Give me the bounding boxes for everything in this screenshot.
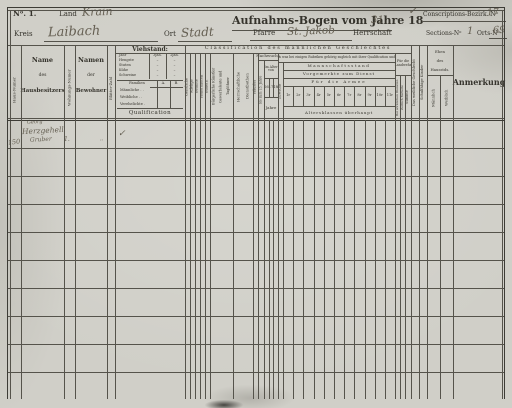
grid-line xyxy=(200,53,201,120)
grid-line xyxy=(7,7,505,8)
familien-row-verehelichte: Verehelichte . xyxy=(117,102,160,108)
age-class-10: 10r xyxy=(375,86,385,106)
grid-line xyxy=(411,45,412,120)
grid-line xyxy=(7,7,8,399)
ehen-box-line2: des xyxy=(427,57,453,65)
grid-line xyxy=(344,86,345,106)
pfarre-label: Pfarre xyxy=(253,29,279,39)
group-header-smalltext: In was bei einigen Rubriken gehörig zugl… xyxy=(278,53,395,62)
grid-line xyxy=(293,86,294,106)
group-mannschaftsstand: Mannschaftsstand xyxy=(283,62,395,70)
grid-line xyxy=(273,78,274,97)
grid-line xyxy=(395,53,396,120)
grid-line xyxy=(283,62,284,120)
col-header-blaetter-zahl: Blätter-Zahl xyxy=(107,58,115,118)
herrschaft-label: Herrschaft xyxy=(353,29,391,39)
ort-underline xyxy=(178,41,232,42)
group-vorgemerkte: Vorgemerkte zum Dienst xyxy=(283,70,395,78)
familien-corner: Familien xyxy=(117,81,157,87)
grid-line xyxy=(405,75,406,120)
ort-label: Ort xyxy=(164,30,180,40)
grid-line xyxy=(395,75,411,76)
grid-line xyxy=(205,53,206,120)
entry-checkmark: ✓ xyxy=(118,129,130,140)
entry-tick-marks: ,, xyxy=(100,136,110,144)
age-class-2: 2r xyxy=(293,86,303,106)
grid-line xyxy=(195,53,196,120)
col-header-hausbesitzer-3: Hausbesitzers xyxy=(21,87,64,96)
grid-line xyxy=(8,148,504,149)
grid-line xyxy=(233,53,234,120)
grid-line xyxy=(170,80,171,108)
kreis-value-handwritten: Laibach xyxy=(48,23,129,42)
grid-line xyxy=(278,62,395,63)
grid-line xyxy=(440,75,441,120)
ehen-col-maennlich: Männlich xyxy=(427,75,440,120)
col-dienstbothen-line1: Herrschaftliche xyxy=(234,53,243,120)
grid-line xyxy=(324,86,325,106)
grid-line xyxy=(115,45,116,120)
age-class-5: 5r xyxy=(324,86,334,106)
grid-line xyxy=(64,45,65,120)
grid-line xyxy=(150,87,183,88)
entry-dwelling-number: 1. xyxy=(64,136,74,145)
form-number: Nᵒ. 1. xyxy=(13,9,41,19)
age-class-3: 3r xyxy=(303,86,313,106)
grid-line xyxy=(278,53,279,120)
age-class-1: 1r xyxy=(283,86,293,106)
grid-line xyxy=(117,108,183,109)
col-weibliches-geschlecht: Das weibliche Geschlecht xyxy=(411,45,419,120)
col-anmerkung: Anmerkung xyxy=(453,45,505,120)
pfarre-underline xyxy=(250,40,352,41)
scanned-census-form-page: Nᵒ. 1. Land Krain Aufnahms-Bogen vom Jah… xyxy=(0,0,512,408)
grid-line xyxy=(185,45,186,120)
col-header-wohnungs-nummer: Wohnungs-Numer xyxy=(64,58,75,118)
grid-line xyxy=(264,78,278,79)
grid-line xyxy=(354,86,355,106)
grid-line xyxy=(8,176,504,177)
grid-line xyxy=(314,86,315,106)
group-fuer-die-armee: Für die Armee xyxy=(283,78,395,86)
grid-line xyxy=(264,97,278,98)
grid-line xyxy=(8,204,504,205)
grid-line xyxy=(303,86,304,106)
ehen-box-line1: Ehen xyxy=(427,48,453,56)
nachwuchs-alter-label: Im Alter von xyxy=(264,60,278,78)
age-class-8: 8r xyxy=(354,86,364,106)
grid-line xyxy=(258,53,259,120)
grid-line xyxy=(269,78,270,97)
entry-owner-line3: Gruber xyxy=(30,135,60,146)
col-schulfaehige-kinder: Schulfähige Kinder xyxy=(419,45,427,120)
grid-line xyxy=(334,86,335,106)
grid-line xyxy=(75,45,76,120)
section-value-handwritten: 1 xyxy=(467,26,477,39)
grid-line xyxy=(8,316,504,317)
grid-line xyxy=(190,53,191,120)
grid-line xyxy=(427,45,428,120)
col-header-hausbesitzer-1: Name xyxy=(21,56,64,66)
familien-col-b: B. xyxy=(170,81,183,87)
col-header-hausbesitzer-2: des xyxy=(21,72,64,80)
nachwuchs-title: Nachwuchs xyxy=(258,53,278,60)
grid-line xyxy=(283,78,395,79)
pfarre-value-handwritten: St. Jakob xyxy=(287,24,345,40)
landwehr-title: Für die Landwehr xyxy=(395,53,411,75)
viehstand-row-label: Schweine xyxy=(117,74,151,79)
age-class-6: 6r xyxy=(334,86,344,106)
grid-line xyxy=(21,45,22,120)
grid-line xyxy=(8,344,504,345)
land-label: Land xyxy=(57,10,79,20)
col-header-bewohner-1: Namen xyxy=(75,56,107,66)
district-underline xyxy=(423,21,506,22)
ehen-col-weiblich: Weiblich xyxy=(440,75,453,120)
grid-line xyxy=(283,86,395,87)
ehen-box-line3: Hausstds. xyxy=(427,66,453,74)
grid-line xyxy=(7,10,505,11)
section-label: Sections-Nᵒ xyxy=(426,30,466,39)
col-header-bewohner-3: Bewohner xyxy=(75,87,107,96)
familien-row-weibliche: Weibliche . . xyxy=(117,95,160,101)
grid-line xyxy=(427,75,453,76)
grid-line xyxy=(8,45,504,46)
familien-col-a: A. xyxy=(157,81,170,87)
grid-line xyxy=(8,372,504,373)
grid-line xyxy=(210,53,211,120)
grid-line xyxy=(8,232,504,233)
grid-line xyxy=(283,106,395,107)
grid-line xyxy=(107,45,108,120)
grid-line xyxy=(8,260,504,261)
viehstand-row-val: – xyxy=(166,74,183,79)
ort-value-handwritten: Stadt xyxy=(181,24,231,41)
grid-line xyxy=(400,75,401,120)
classification-band-title: Classification des männlichen Geschlecht… xyxy=(185,45,411,53)
grid-line xyxy=(258,60,278,61)
col-buerger-line3: Taglöhner xyxy=(225,53,233,120)
viehstand-row-val: – xyxy=(149,74,166,79)
age-class-9: 9r xyxy=(365,86,375,106)
grid-line xyxy=(185,53,411,54)
col-header-bewohner-2: der xyxy=(75,72,107,80)
grid-line xyxy=(375,86,376,106)
grid-line xyxy=(8,288,504,289)
col-buerger-line1: Bürgerliche Künstler xyxy=(211,53,218,120)
grid-line xyxy=(157,80,158,108)
grid-line xyxy=(117,80,183,81)
grid-line xyxy=(365,86,366,106)
age-class-11: 11r xyxy=(385,86,395,106)
grid-line xyxy=(283,70,395,71)
grid-line xyxy=(149,53,150,79)
age-class-4: 4r xyxy=(314,86,324,106)
nachwuchs-jahre: Jahre xyxy=(264,97,278,120)
grid-line xyxy=(385,86,386,106)
grid-line xyxy=(166,53,167,79)
kreis-underline xyxy=(44,41,158,42)
conscription-district-label: Conscriptions-Bezirk. Nᵒ xyxy=(423,11,487,20)
title-year-handwritten: 31 xyxy=(371,15,391,28)
col-dienstbothen-line2: Dienstbothen xyxy=(243,53,252,120)
grid-line xyxy=(253,53,254,120)
grid-line xyxy=(504,7,505,399)
grid-line xyxy=(453,45,454,120)
grid-line xyxy=(8,120,504,121)
kreis-label: Kreis xyxy=(14,30,38,40)
col-buerger-line2: Gewerbsleute und xyxy=(218,53,225,120)
grid-line xyxy=(264,60,265,120)
checkmark-top: ✓ xyxy=(408,4,422,17)
familien-row-maennliche: Männliche . . xyxy=(117,88,160,94)
age-class-7: 7r xyxy=(344,86,354,106)
grid-line xyxy=(419,45,420,120)
grid-line xyxy=(115,53,185,54)
